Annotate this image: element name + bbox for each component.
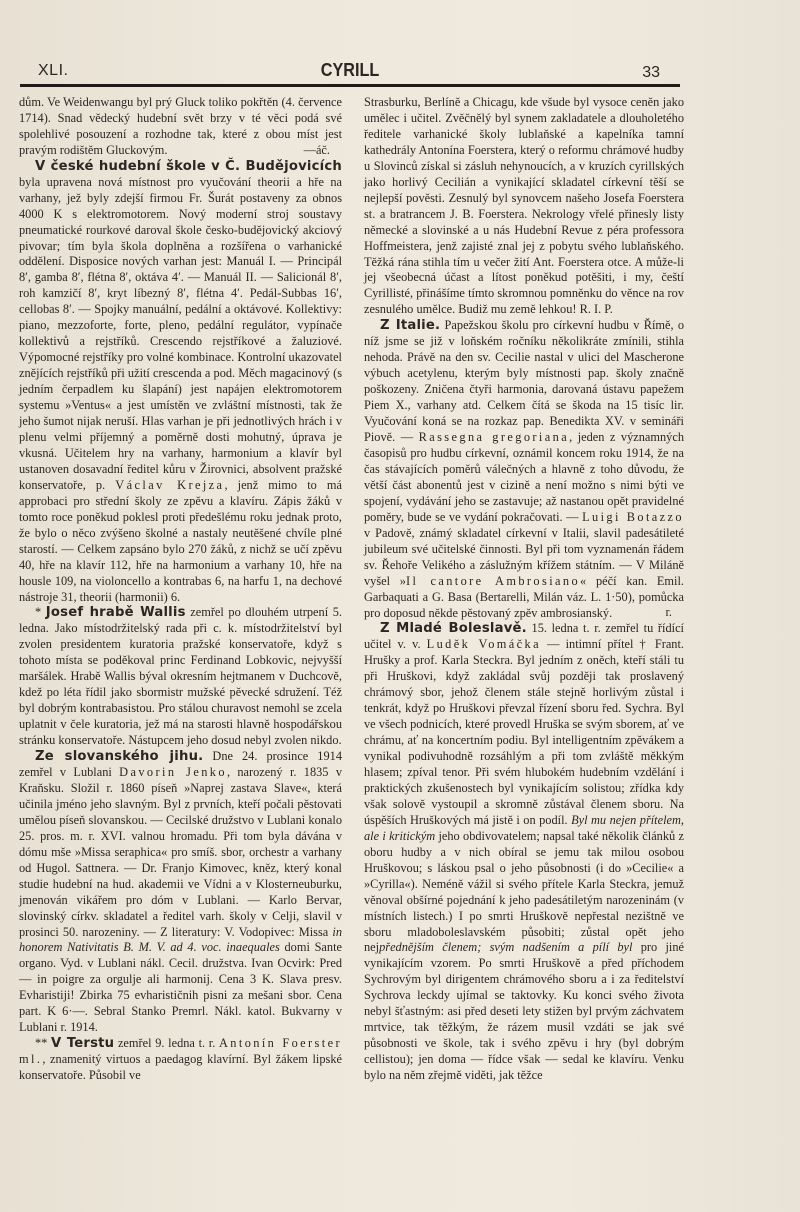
paragraph-text: , jenž mimo to má approbaci pro střední … (19, 478, 342, 604)
article-heading: Z Mladé Boleslavě. (380, 621, 527, 636)
paragraph-text: , narozený r. 1835 v Kraňsku. Složil r. … (19, 765, 342, 939)
person-name: Luděk Vomáčka (427, 637, 541, 651)
paragraph-text: domi Sante organo. Vyd. v Lublani nákl. … (19, 940, 342, 1034)
article-heading: Z Italie. (380, 318, 440, 333)
paragraph-text: pro jiné vynikajícím vzorem. Po smrti Hr… (364, 940, 684, 1082)
article-slavic-south: Ze slovanského jihu. Dne 24. prosince 19… (19, 749, 342, 1036)
paragraph-text: jeho obdivovatelem; napsal také několik … (364, 829, 684, 955)
footnote-marker: ** (35, 1036, 51, 1050)
article-mlada-boleslav: Z Mladé Boleslavě. 15. ledna t. r. zemře… (364, 621, 684, 1084)
running-header: XLI. CYRILL 33 (20, 60, 680, 86)
article-heading: Ze slovanského jihu. (35, 749, 203, 764)
article-trieste: ** V Terstu zemřel 9. ledna t. r. Antoní… (19, 1036, 342, 1084)
journal-title: CYRILL (53, 60, 647, 81)
article-heading: V Terstu (51, 1036, 114, 1051)
article-budejovice: V české hudební škole v Č. Budějovicích … (19, 159, 342, 606)
article-trieste-continued: Strasburku, Berlíně a Chicagu, kde všude… (364, 95, 684, 318)
article-heading: V české hudební škole v Č. Budějovicích (35, 159, 342, 174)
right-column: Strasburku, Berlíně a Chicagu, kde všude… (364, 95, 684, 1084)
left-column: dům. Ve Weidenwangu byl prý Gluck toliko… (19, 95, 342, 1084)
paragraph-text: , znamenitý virtuos a paedagog klavírní.… (19, 1052, 342, 1082)
paragraph-text: zemřel po dlouhém utrpení 5. ledna. Jako… (19, 605, 342, 747)
paragraph-text: Papežskou školu pro církevní hudbu v Řím… (364, 318, 684, 444)
footnote-marker: * (35, 605, 46, 619)
person-name: Luigi Botazzo (582, 510, 684, 524)
periodical-name: Rassegna gregoriana (419, 430, 570, 444)
person-name: Davorin Jenko (119, 765, 227, 779)
paragraph-text: — intimní přítel † Frant. Hrušky a prof.… (364, 637, 684, 826)
paragraph-text: zemřel 9. ledna t. r. (114, 1036, 219, 1050)
italic-text: přednějším členem; svým nadšením a pílí … (379, 940, 632, 954)
journal-page: XLI. CYRILL 33 dům. Ve Weidenwangu byl p… (0, 0, 800, 1212)
article-heading: Josef hrabě Wallis (46, 605, 186, 620)
paragraph-text: byla upravena nová místnost pro vyučován… (19, 175, 342, 492)
article-italy: Z Italie. Papežskou školu pro církevní h… (364, 318, 684, 621)
periodical-name: Il cantore Ambrosiano (406, 574, 580, 588)
header-rule (20, 84, 680, 87)
person-name: Václav Krejza (115, 478, 224, 492)
paragraph-text: Strasburku, Berlíně a Chicagu, kde všude… (364, 95, 684, 316)
page-number: 33 (642, 64, 660, 82)
article-wallis: * Josef hrabě Wallis zemřel po dlouhém u… (19, 605, 342, 749)
